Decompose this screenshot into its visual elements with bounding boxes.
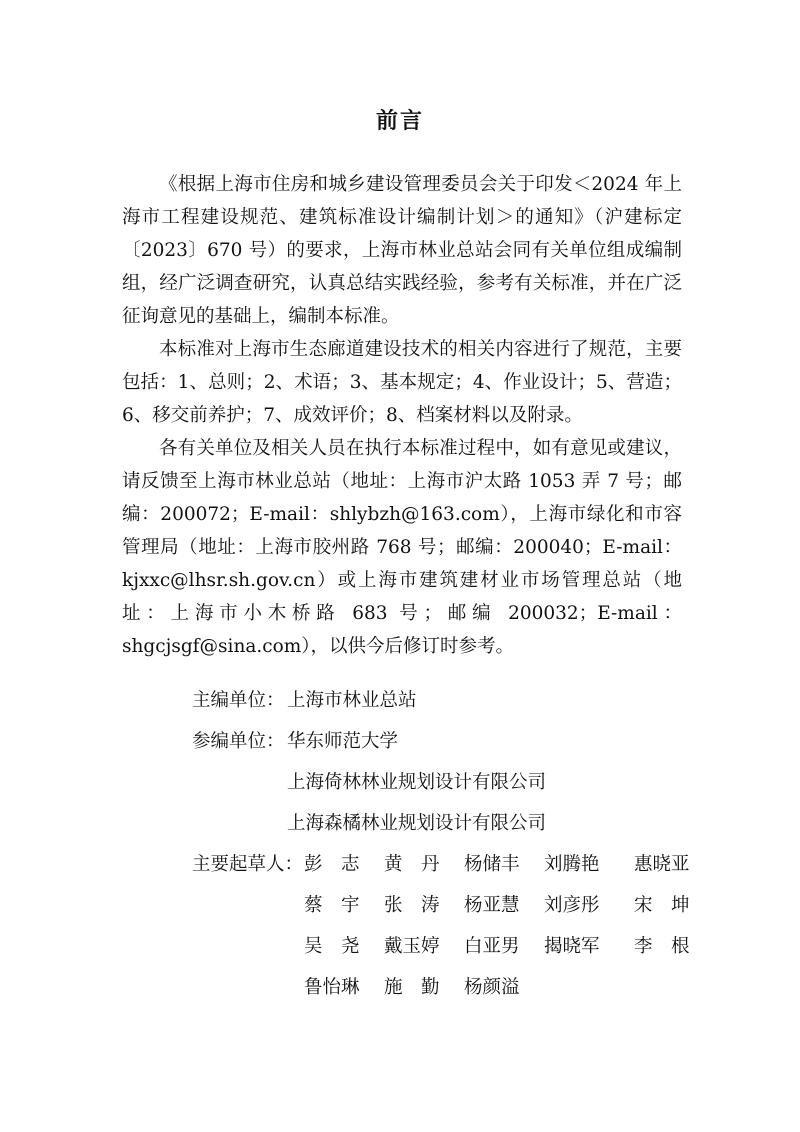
participating-unit: 上海倚林林业规划设计有限公司 [287,762,546,803]
paragraph-basis: 《根据上海市住房和城乡建设管理委员会关于印发＜2024 年上海市工程建设规范、建… [122,168,682,333]
page-title: 前言 [0,104,800,135]
drafter-name: 杨储丰 [464,844,544,885]
paragraph-scope: 本标准对上海市生态廊道建设技术的相关内容进行了规范，主要包括：1、总则；2、术语… [122,333,682,432]
credits-section: 主编单位： 上海市林业总站 参编单位： 华东师范大学 上海倚林林业规划设计有限公… [192,680,692,1008]
drafter-name: 杨颜溢 [464,967,544,1008]
participating-unit-label: 参编单位： [192,721,287,762]
chief-unit-row: 主编单位： 上海市林业总站 [192,680,692,721]
drafter-name: 刘腾艳 [544,844,634,885]
drafter-name: 彭 志 [304,844,384,885]
drafter-name: 惠晓亚 [634,844,724,885]
drafter-name [724,844,794,885]
preface-body: 《根据上海市住房和城乡建设管理委员会关于印发＜2024 年上海市工程建设规范、建… [122,168,682,663]
drafter-name: 揭晓军 [544,926,634,967]
drafter-name: 张 涛 [384,885,464,926]
drafter-name: 宋 坤 [634,885,724,926]
drafter-name [724,926,794,967]
drafter-name: 李 根 [634,926,724,967]
drafter-name: 戴玉婷 [384,926,464,967]
chief-unit: 上海市林业总站 [287,680,417,721]
paragraph-feedback: 各有关单位及相关人员在执行本标准过程中，如有意见或建议，请反馈至上海市林业总站（… [122,432,682,663]
chief-unit-label: 主编单位： [192,680,287,721]
drafter-name: 刘彦彤 [544,885,634,926]
participating-unit: 上海森橘林业规划设计有限公司 [287,803,546,844]
drafter-name: 白亚男 [464,926,544,967]
drafter-name: 施 勤 [384,967,464,1008]
participating-unit-row: 上海倚林林业规划设计有限公司 [192,762,692,803]
drafters-label: 主要起草人： [192,844,304,1008]
drafter-name: 杨亚慧 [464,885,544,926]
drafters-block: 主要起草人： 彭 志 黄 丹 杨储丰 刘腾艳 惠晓亚 蔡 宇 张 涛 杨亚慧 刘… [192,844,692,1008]
drafter-name: 蔡 宇 [304,885,384,926]
drafter-name: 吴 尧 [304,926,384,967]
drafter-name [724,885,794,926]
participating-unit: 华东师范大学 [287,721,398,762]
drafters-list: 彭 志 黄 丹 杨储丰 刘腾艳 惠晓亚 蔡 宇 张 涛 杨亚慧 刘彦彤 宋 坤 … [304,844,794,1008]
participating-unit-row: 上海森橘林业规划设计有限公司 [192,803,692,844]
drafter-name: 鲁怡琳 [304,967,384,1008]
drafter-name: 黄 丹 [384,844,464,885]
participating-unit-row: 参编单位： 华东师范大学 [192,721,692,762]
